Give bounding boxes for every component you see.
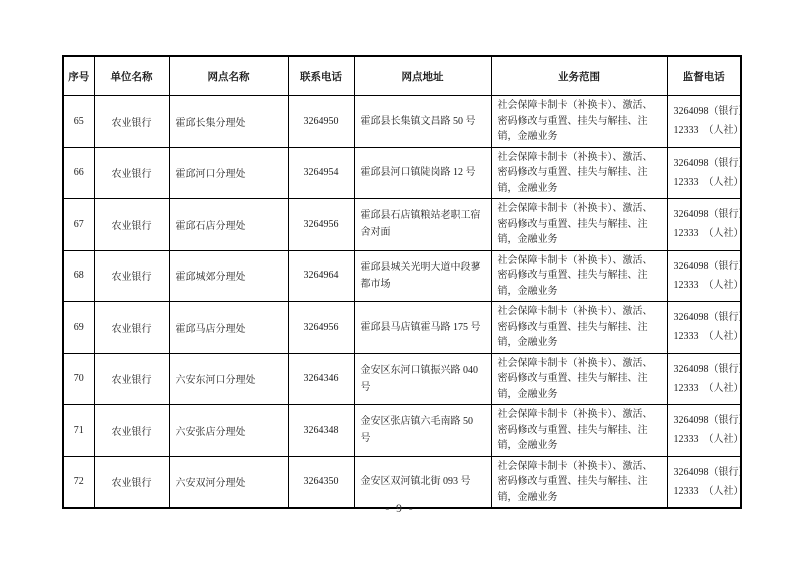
header-contact-phone: 联系电话 (288, 56, 354, 96)
cell-unit-name: 农业银行 (94, 199, 169, 251)
cell-branch-name: 霍邱石店分理处 (169, 199, 288, 251)
cell-branch-address: 金安区双河镇北街 093 号 (354, 456, 491, 508)
cell-supervision-phone: 3264098（银行） 12333 （人社） (667, 96, 741, 148)
cell-supervision-phone: 3264098（银行） 12333 （人社） (667, 353, 741, 405)
table-row: 68 农业银行 霍邱城郊分理处 3264964 霍邱县城关光明大道中段蓼都市场 … (63, 250, 741, 302)
table-row: 72 农业银行 六安双河分理处 3264350 金安区双河镇北街 093 号 社… (63, 456, 741, 508)
header-business-scope: 业务范围 (491, 56, 667, 96)
supervision-social-line: 12333 （人社） (674, 224, 735, 243)
supervision-bank-line: 3264098（银行） (674, 308, 735, 327)
cell-branch-name: 霍邱长集分理处 (169, 96, 288, 148)
cell-supervision-phone: 3264098（银行） 12333 （人社） (667, 199, 741, 251)
cell-branch-name: 霍邱河口分理处 (169, 147, 288, 199)
cell-supervision-phone: 3264098（银行） 12333 （人社） (667, 456, 741, 508)
supervision-social-line: 12333 （人社） (674, 173, 735, 192)
cell-contact-phone: 3264956 (288, 199, 354, 251)
cell-seq: 67 (63, 199, 94, 251)
cell-business-scope: 社会保障卡制卡（补换卡）、激活、密码修改与重置、挂失与解挂、注销，金融业务 (491, 199, 667, 251)
cell-seq: 72 (63, 456, 94, 508)
cell-branch-name: 霍邱城郊分理处 (169, 250, 288, 302)
supervision-bank-line: 3264098（银行） (674, 411, 735, 430)
supervision-social-line: 12333 （人社） (674, 379, 735, 398)
supervision-bank-line: 3264098（银行） (674, 257, 735, 276)
cell-branch-address: 霍邱县马店镇霍马路 175 号 (354, 302, 491, 354)
supervision-social-line: 12333 （人社） (674, 327, 735, 346)
cell-unit-name: 农业银行 (94, 456, 169, 508)
table-row: 71 农业银行 六安张店分理处 3264348 金安区张店镇六毛南路 50 号 … (63, 405, 741, 457)
supervision-social-line: 12333 （人社） (674, 430, 735, 449)
cell-branch-name: 六安张店分理处 (169, 405, 288, 457)
cell-branch-address: 霍邱县石店镇粮站老职工宿舍对面 (354, 199, 491, 251)
cell-supervision-phone: 3264098（银行） 12333 （人社） (667, 250, 741, 302)
cell-branch-name: 六安双河分理处 (169, 456, 288, 508)
table-header-row: 序号 单位名称 网点名称 联系电话 网点地址 业务范围 监督电话 (63, 56, 741, 96)
bank-branches-table: 序号 单位名称 网点名称 联系电话 网点地址 业务范围 监督电话 65 农业银行… (62, 55, 742, 509)
cell-contact-phone: 3264964 (288, 250, 354, 302)
header-unit-name: 单位名称 (94, 56, 169, 96)
cell-supervision-phone: 3264098（银行） 12333 （人社） (667, 147, 741, 199)
cell-seq: 65 (63, 96, 94, 148)
cell-branch-name: 霍邱马店分理处 (169, 302, 288, 354)
cell-branch-address: 金安区东河口镇振兴路 040 号 (354, 353, 491, 405)
cell-unit-name: 农业银行 (94, 353, 169, 405)
cell-business-scope: 社会保障卡制卡（补换卡）、激活、密码修改与重置、挂失与解挂、注销，金融业务 (491, 405, 667, 457)
cell-unit-name: 农业银行 (94, 147, 169, 199)
table-row: 69 农业银行 霍邱马店分理处 3264956 霍邱县马店镇霍马路 175 号 … (63, 302, 741, 354)
cell-branch-address: 霍邱县河口镇陡岗路 12 号 (354, 147, 491, 199)
cell-branch-address: 霍邱县城关光明大道中段蓼都市场 (354, 250, 491, 302)
document-page: 序号 单位名称 网点名称 联系电话 网点地址 业务范围 监督电话 65 农业银行… (0, 0, 800, 565)
cell-seq: 69 (63, 302, 94, 354)
cell-contact-phone: 3264954 (288, 147, 354, 199)
cell-business-scope: 社会保障卡制卡（补换卡）、激活、密码修改与重置、挂失与解挂、注销，金融业务 (491, 147, 667, 199)
supervision-bank-line: 3264098（银行） (674, 360, 735, 379)
cell-supervision-phone: 3264098（银行） 12333 （人社） (667, 302, 741, 354)
supervision-bank-line: 3264098（银行） (674, 154, 735, 173)
supervision-social-line: 12333 （人社） (674, 482, 735, 501)
cell-unit-name: 农业银行 (94, 405, 169, 457)
cell-unit-name: 农业银行 (94, 302, 169, 354)
supervision-social-line: 12333 （人社） (674, 121, 735, 140)
header-supervision-phone: 监督电话 (667, 56, 741, 96)
cell-business-scope: 社会保障卡制卡（补换卡）、激活、密码修改与重置、挂失与解挂、注销，金融业务 (491, 353, 667, 405)
supervision-bank-line: 3264098（银行） (674, 205, 735, 224)
cell-seq: 71 (63, 405, 94, 457)
table-row: 65 农业银行 霍邱长集分理处 3264950 霍邱县长集镇文昌路 50 号 社… (63, 96, 741, 148)
table-row: 66 农业银行 霍邱河口分理处 3264954 霍邱县河口镇陡岗路 12 号 社… (63, 147, 741, 199)
cell-seq: 66 (63, 147, 94, 199)
cell-contact-phone: 3264956 (288, 302, 354, 354)
supervision-social-line: 12333 （人社） (674, 276, 735, 295)
cell-branch-address: 金安区张店镇六毛南路 50 号 (354, 405, 491, 457)
table-row: 70 农业银行 六安东河口分理处 3264346 金安区东河口镇振兴路 040 … (63, 353, 741, 405)
cell-business-scope: 社会保障卡制卡（补换卡）、激活、密码修改与重置、挂失与解挂、注销，金融业务 (491, 96, 667, 148)
table-row: 67 农业银行 霍邱石店分理处 3264956 霍邱县石店镇粮站老职工宿舍对面 … (63, 199, 741, 251)
header-branch-name: 网点名称 (169, 56, 288, 96)
header-seq: 序号 (63, 56, 94, 96)
cell-business-scope: 社会保障卡制卡（补换卡）、激活、密码修改与重置、挂失与解挂、注销，金融业务 (491, 456, 667, 508)
cell-contact-phone: 3264950 (288, 96, 354, 148)
cell-seq: 70 (63, 353, 94, 405)
cell-supervision-phone: 3264098（银行） 12333 （人社） (667, 405, 741, 457)
header-branch-address: 网点地址 (354, 56, 491, 96)
cell-business-scope: 社会保障卡制卡（补换卡）、激活、密码修改与重置、挂失与解挂、注销，金融业务 (491, 250, 667, 302)
cell-branch-name: 六安东河口分理处 (169, 353, 288, 405)
cell-contact-phone: 3264348 (288, 405, 354, 457)
cell-contact-phone: 3264350 (288, 456, 354, 508)
cell-unit-name: 农业银行 (94, 250, 169, 302)
supervision-bank-line: 3264098（银行） (674, 463, 735, 482)
cell-unit-name: 农业银行 (94, 96, 169, 148)
page-number: - 9 - (0, 503, 800, 515)
supervision-bank-line: 3264098（银行） (674, 102, 735, 121)
cell-business-scope: 社会保障卡制卡（补换卡）、激活、密码修改与重置、挂失与解挂、注销，金融业务 (491, 302, 667, 354)
cell-seq: 68 (63, 250, 94, 302)
cell-branch-address: 霍邱县长集镇文昌路 50 号 (354, 96, 491, 148)
cell-contact-phone: 3264346 (288, 353, 354, 405)
